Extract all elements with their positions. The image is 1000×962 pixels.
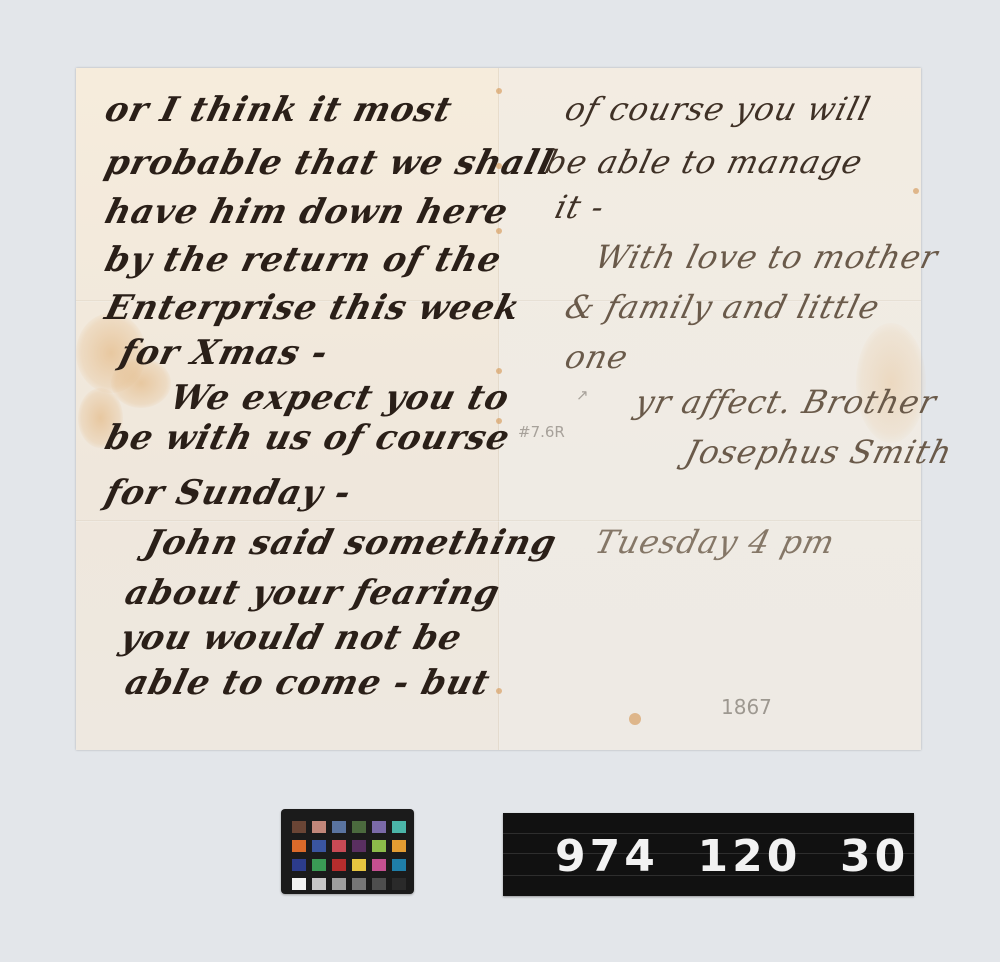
letter-line: of course you will [561,90,875,128]
letter-line: it - [551,188,609,226]
foxing-dot [913,188,919,194]
color-patch [332,840,346,852]
signature-line: yr affect. Brother [631,383,941,421]
color-patch [332,821,346,833]
pencil-arrow: ↗ [576,386,589,404]
color-patch [292,878,306,890]
foxing-dot [496,368,502,374]
color-patch [292,821,306,833]
foxing-dot [496,88,502,94]
color-patch [352,821,366,833]
pencil-catalog-mark: #7.6R [518,423,565,441]
color-patch [392,878,406,890]
accession-number-bar: 974 120 30 [503,813,914,896]
letter-line: one [561,338,632,376]
color-patch [292,840,306,852]
letter-line: for Xmas - [116,333,333,373]
letter-line: for Sunday - [101,473,356,513]
foxing-dot [629,713,641,725]
color-checker-card [281,809,414,894]
color-patch [372,859,386,871]
color-patch [372,840,386,852]
color-patch [352,878,366,890]
letter-line: or I think it most [101,90,457,130]
letter-line: John said something [141,523,561,563]
pencil-year: 1867 [721,695,772,719]
color-patch [292,859,306,871]
color-patch [312,859,326,871]
letter-line: able to come - but [121,663,494,703]
color-patch [312,821,326,833]
color-patch [332,878,346,890]
letter-line: be able to manage [541,143,867,181]
letter-line: probable that we shall [101,143,558,183]
accession-number: 974 120 30 [555,835,909,879]
letter-line: about your fearing [121,573,504,613]
color-patch [352,840,366,852]
letter-line: you would not be [116,618,467,658]
color-patch [312,878,326,890]
color-patch [312,840,326,852]
letter-line: have him down here [101,192,513,232]
color-patch [392,821,406,833]
color-patch [392,840,406,852]
color-patch [392,859,406,871]
signature-name: Josephus Smith [681,433,956,471]
letter-line: by the return of the [101,240,506,280]
letter-line: With love to mother [591,238,942,276]
letter-line: Enterprise this week [101,288,524,328]
letter-line: be with us of course [101,418,514,458]
letter-paper: or I think it most probable that we shal… [76,68,921,750]
letter-line: We expect you to [166,378,514,418]
color-patch [352,859,366,871]
color-patch [372,878,386,890]
color-patch [372,821,386,833]
horizontal-fold [76,520,921,522]
color-patch [332,859,346,871]
foxing-dot [496,688,502,694]
letter-date: Tuesday 4 pm [591,523,839,561]
letter-line: & family and little [561,288,884,326]
